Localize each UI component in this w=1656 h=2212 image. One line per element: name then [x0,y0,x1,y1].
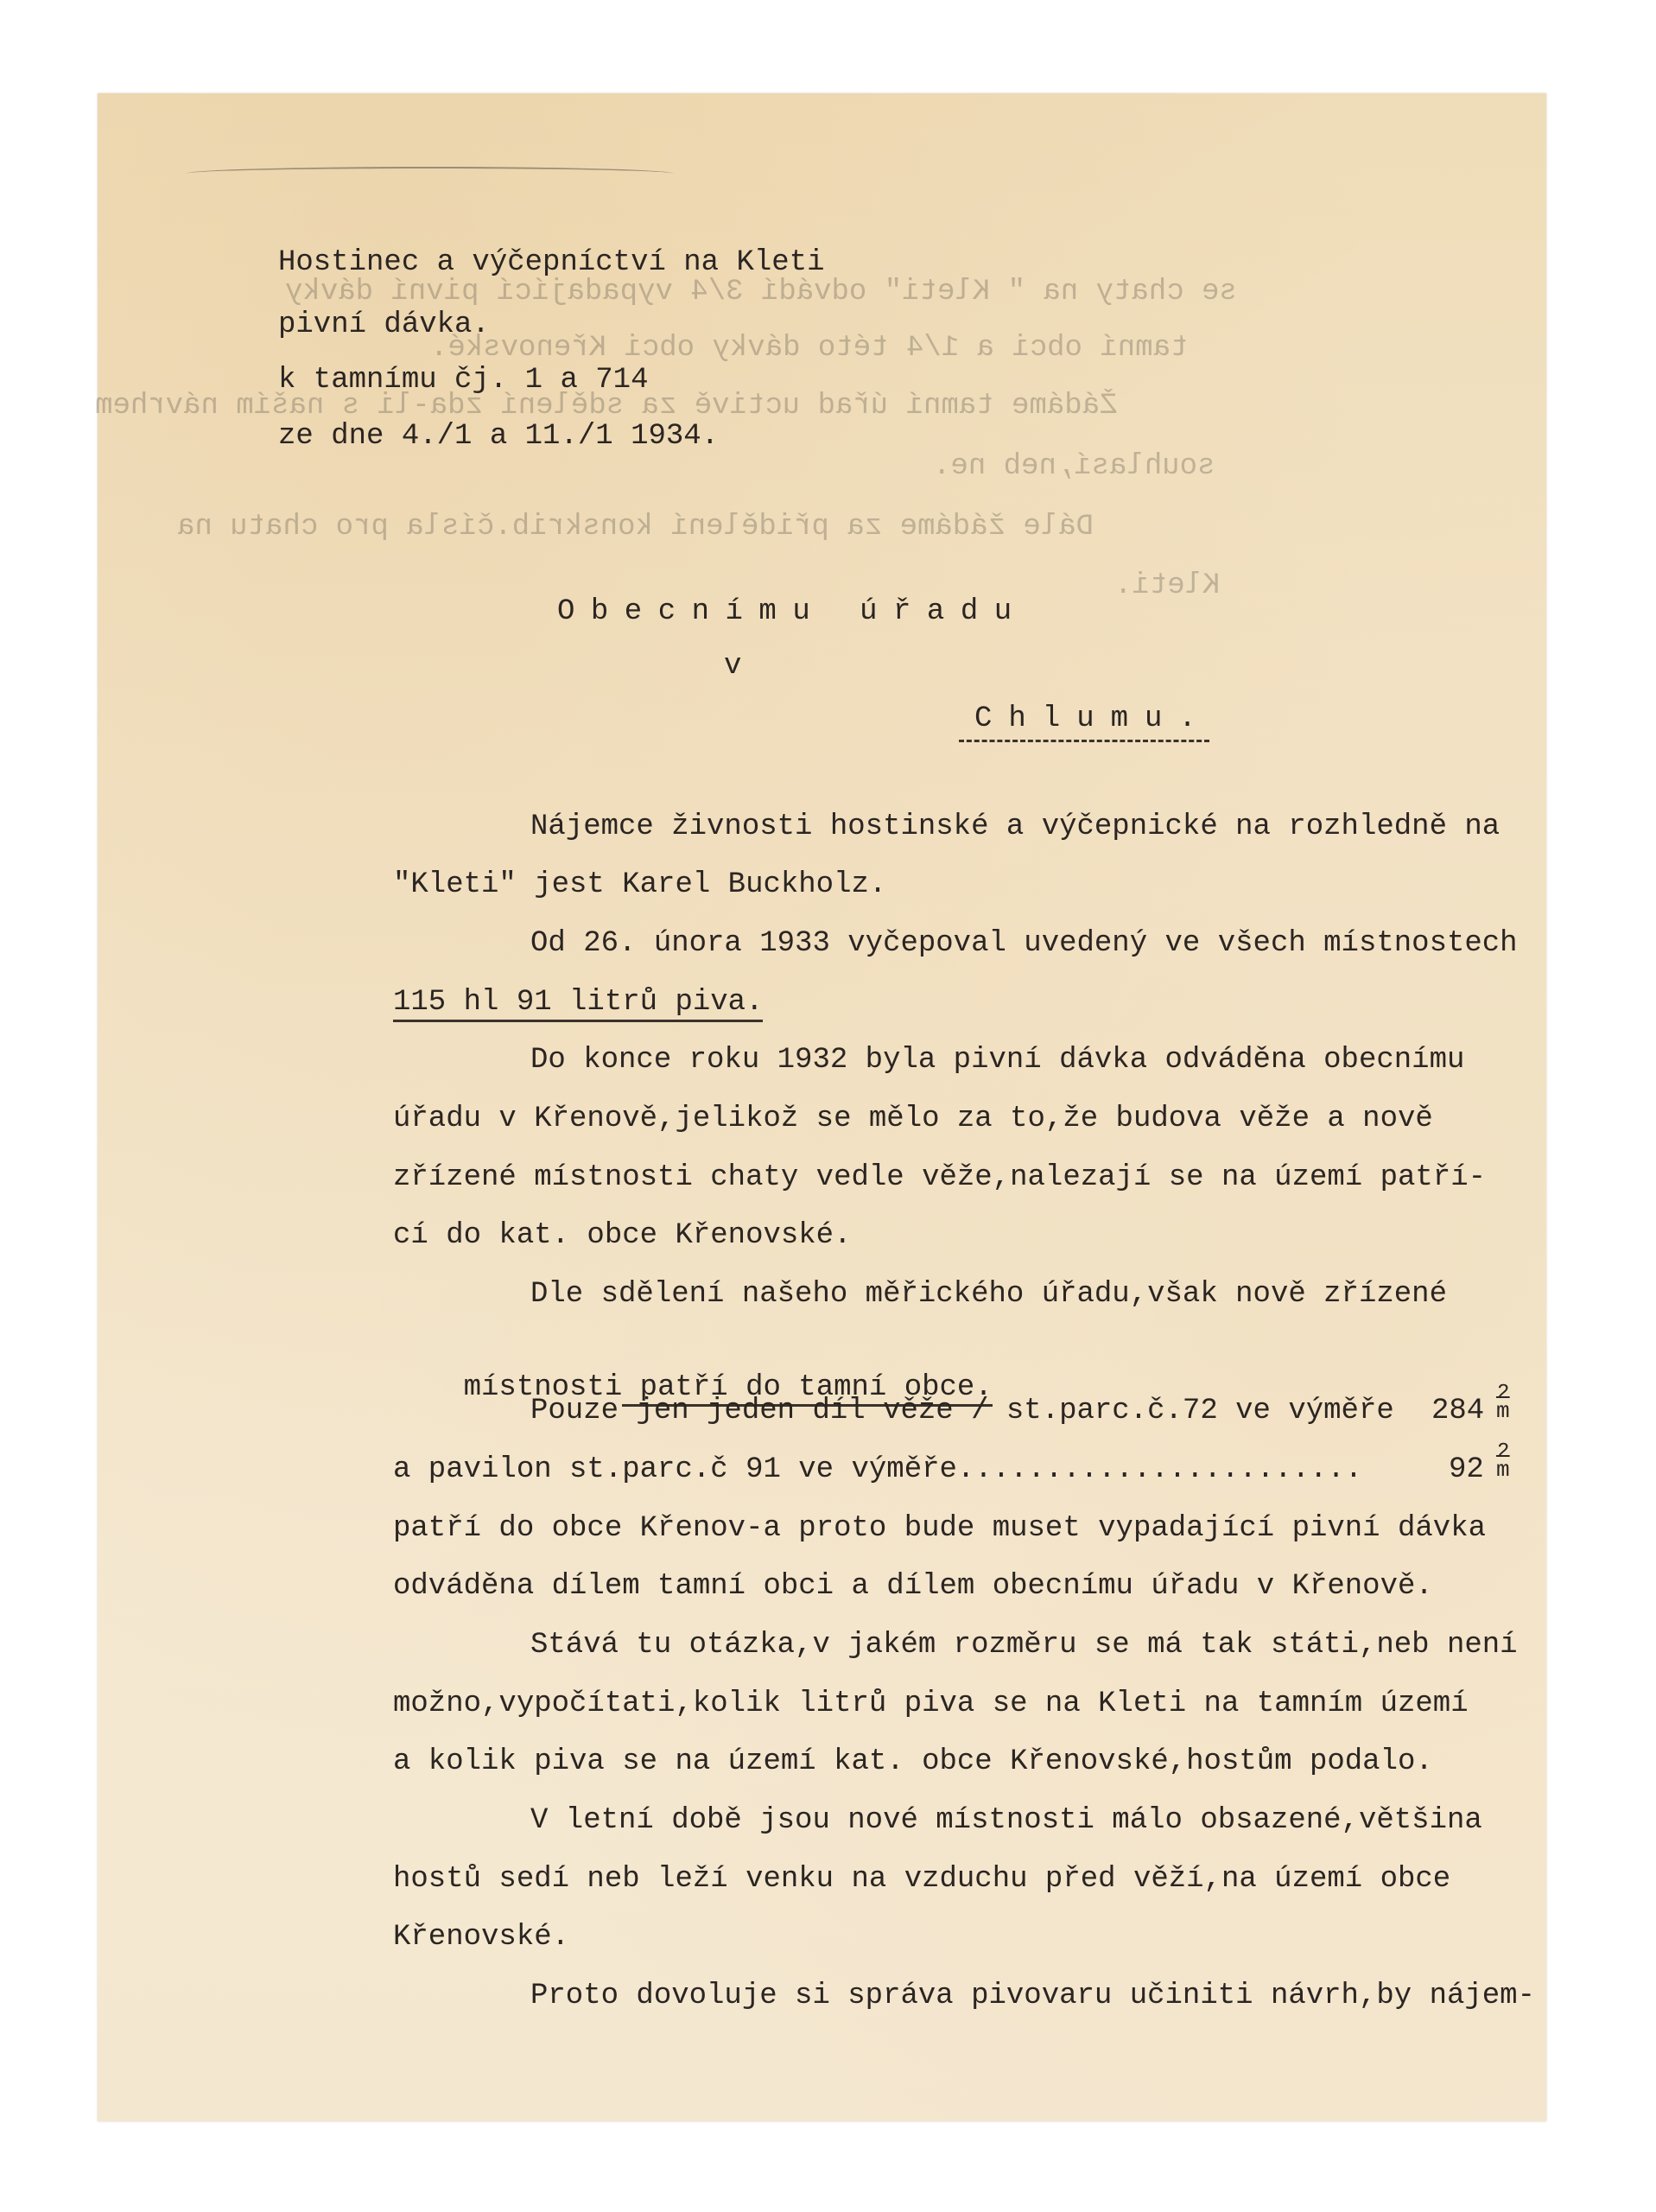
reference-number: k tamnímu čj. 1 a 714 [278,363,648,397]
reference-date: ze dne 4./1 a 11./1 1934. [278,419,719,454]
bleed-through-line: Dále žádáme za přidělení konskrib.čísla … [177,510,1094,544]
bleed-through-line: souhlasí,neb ne. [933,449,1215,484]
area-unit: 2 m [1496,1452,1515,1487]
body-line: cí do kat. obce Křenovské. [393,1218,852,1253]
body-line: Do konce roku 1932 byla pivní dávka odvá… [530,1043,1464,1077]
addressee-underline [959,740,1209,742]
addressee-preposition: v [724,649,741,683]
body-line: možno,vypočítati,kolik litrů piva se na … [393,1687,1469,1721]
area-value: 92 [1449,1452,1484,1487]
body-line: Od 26. února 1933 vyčepoval uvedený ve v… [530,926,1518,961]
body-line: úřadu v Křenově,jelikož se mělo za to,že… [393,1102,1433,1136]
area-unit: 2 m [1496,1394,1515,1428]
body-line: Dle sdělení našeho měřického úřadu,však … [530,1277,1447,1312]
body-line: Nájemce živnosti hostinské a výčepnické … [530,810,1500,844]
bleed-through-line: tamní obci a 1/4 této dávky obci Křenovs… [430,331,1188,365]
body-line: a kolik piva se na území kat. obce Křeno… [393,1745,1433,1779]
unit-m: m [1496,1394,1510,1428]
body-line: hostů sedí neb leží venku na vzduchu pře… [393,1862,1450,1897]
body-line: odváděna dílem tamní obci a dílem obecní… [393,1569,1433,1604]
subject-line: pivní dávka. [278,308,490,342]
body-line: a pavilon st.parc.č 91 ve výměře........… [393,1452,1362,1487]
beer-quantity: 115 hl 91 litrů piva. [393,985,763,1022]
area-value: 284 [1431,1394,1484,1428]
body-line: zřízené místnosti chaty vedle věže,nalez… [393,1160,1486,1195]
body-line: Proto dovoluje si správa pivovaru učinit… [530,1979,1535,2013]
bleed-through-line: se chaty na " Kleti" odvádí 3/4 vypadají… [285,275,1237,309]
addressee-place: Chlumu. [974,702,1213,736]
pencil-mark [186,167,674,181]
body-line: "Kleti" jest Karel Buckholz. [393,868,886,902]
body-line: V letní době jsou nové místnosti málo ob… [530,1803,1482,1838]
subject-line: Hostinec a výčepníctví na Kleti [278,245,825,280]
body-line: Křenovské. [393,1920,569,1955]
body-line: patří do obce Křenov-a proto bude muset … [393,1511,1486,1546]
body-line: Pouze jen jeden díl věže / st.parc.č.72 … [530,1394,1394,1428]
bleed-through-line: Kleti. [1114,569,1220,603]
body-line: Stává tu otázka,v jakém rozměru se má ta… [530,1628,1518,1662]
unit-m: m [1496,1452,1510,1487]
addressee-office: Obecnímu úřadu [557,594,1028,629]
